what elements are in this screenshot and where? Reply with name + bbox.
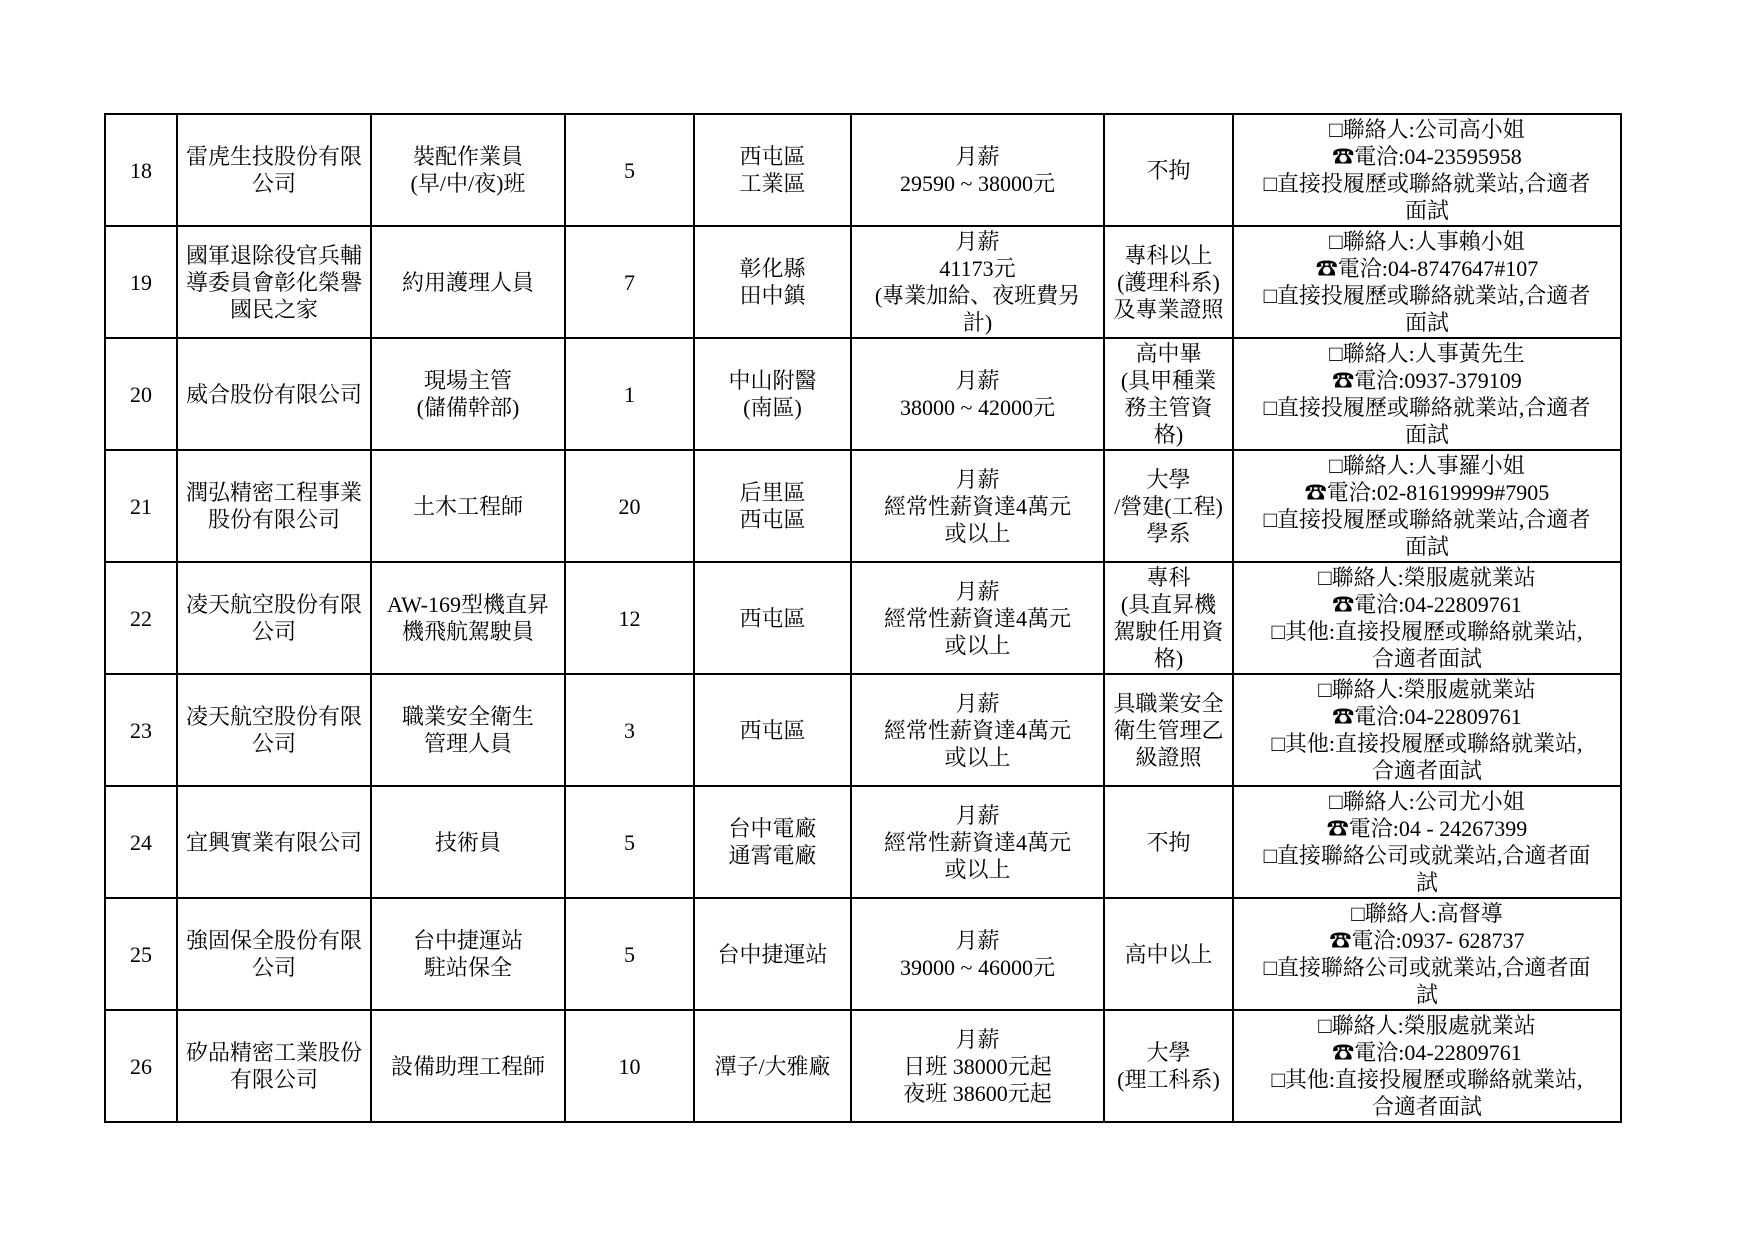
cell-line: 彰化縣 <box>697 255 848 282</box>
cell-line: 29590 ~ 38000元 <box>854 170 1101 197</box>
cell-line: 裝配作業員 <box>374 143 562 170</box>
cell-job: 職業安全衛生管理人員 <box>371 674 565 786</box>
cell-requirement: 專科(具直昇機駕駛任用資格) <box>1104 562 1233 674</box>
cell-line: 務主管資 <box>1107 394 1230 421</box>
cell-no: 26 <box>105 1010 177 1122</box>
cell-line: □聯絡人:榮服處就業站 <box>1236 676 1618 703</box>
cell-line: 38000 ~ 42000元 <box>854 394 1101 421</box>
cell-line: 中山附醫 <box>697 367 848 394</box>
cell-line: (儲備幹部) <box>374 394 562 421</box>
cell-job: 土木工程師 <box>371 450 565 562</box>
cell-line: ☎電洽:04-23595958 <box>1236 143 1618 170</box>
cell-requirement: 不拘 <box>1104 114 1233 226</box>
cell-line: 現場主管 <box>374 367 562 394</box>
cell-line: □聯絡人:公司尤小姐 <box>1236 788 1618 815</box>
cell-line: /營建(工程) <box>1107 493 1230 520</box>
cell-line: 台中電廠 <box>697 815 848 842</box>
cell-salary: 月薪經常性薪資達4萬元或以上 <box>851 450 1104 562</box>
cell-company: 凌天航空股份有限公司 <box>177 674 371 786</box>
cell-requirement: 大學(理工科系) <box>1104 1010 1233 1122</box>
cell-line: 土木工程師 <box>374 493 562 520</box>
cell-no: 23 <box>105 674 177 786</box>
cell-line: 或以上 <box>854 520 1101 547</box>
cell-line: □其他:直接投履歷或聯絡就業站, <box>1236 730 1618 757</box>
cell-line: □聯絡人:人事羅小姐 <box>1236 452 1618 479</box>
cell-line: 強固保全股份有限 <box>180 927 368 954</box>
cell-line: 衛生管理乙 <box>1107 717 1230 744</box>
cell-line: 公司 <box>180 954 368 981</box>
cell-job: 約用護理人員 <box>371 226 565 338</box>
table-row: 22凌天航空股份有限公司AW-169型機直昇機飛航駕駛員12西屯區月薪經常性薪資… <box>105 562 1621 674</box>
cell-line: 月薪 <box>854 143 1101 170</box>
cell-contact: □聯絡人:人事黃先生☎電洽:0937-379109□直接投履歷或聯絡就業站,合適… <box>1233 338 1621 450</box>
table-row: 19國軍退除役官兵輔導委員會彰化榮譽國民之家約用護理人員7彰化縣田中鎮月薪411… <box>105 226 1621 338</box>
cell-line: 試 <box>1236 981 1618 1008</box>
table-row: 24宜興實業有限公司技術員5台中電廠通霄電廠月薪經常性薪資達4萬元或以上不拘□聯… <box>105 786 1621 898</box>
cell-line: ☎電洽:0937-379109 <box>1236 367 1618 394</box>
cell-line: 計) <box>854 309 1101 336</box>
cell-line: □其他:直接投履歷或聯絡就業站, <box>1236 1066 1618 1093</box>
cell-line: 41173元 <box>854 255 1101 282</box>
cell-line: 西屯區 <box>697 143 848 170</box>
cell-contact: □聯絡人:榮服處就業站☎電洽:04-22809761□其他:直接投履歷或聯絡就業… <box>1233 562 1621 674</box>
cell-line: □聯絡人:榮服處就業站 <box>1236 564 1618 591</box>
cell-contact: □聯絡人:榮服處就業站☎電洽:04-22809761□其他:直接投履歷或聯絡就業… <box>1233 1010 1621 1122</box>
cell-salary: 月薪41173元(專業加給、夜班費另計) <box>851 226 1104 338</box>
cell-line: 不拘 <box>1107 829 1230 856</box>
cell-line: 面試 <box>1236 421 1618 448</box>
table-row: 26矽品精密工業股份有限公司設備助理工程師10潭子/大雅廠月薪日班 38000元… <box>105 1010 1621 1122</box>
cell-company: 國軍退除役官兵輔導委員會彰化榮譽國民之家 <box>177 226 371 338</box>
cell-line: 39000 ~ 46000元 <box>854 954 1101 981</box>
cell-line: □聯絡人:人事黃先生 <box>1236 340 1618 367</box>
cell-line: 及專業證照 <box>1107 296 1230 323</box>
cell-salary: 月薪經常性薪資達4萬元或以上 <box>851 786 1104 898</box>
cell-line: 月薪 <box>854 927 1101 954</box>
cell-line: 西屯區 <box>697 605 848 632</box>
cell-line: 威合股份有限公司 <box>180 381 368 408</box>
cell-line: 月薪 <box>854 1026 1101 1053</box>
cell-salary: 月薪經常性薪資達4萬元或以上 <box>851 674 1104 786</box>
cell-line: 台中捷運站 <box>374 927 562 954</box>
cell-no: 20 <box>105 338 177 450</box>
table-row: 20威合股份有限公司現場主管(儲備幹部)1中山附醫(南區)月薪38000 ~ 4… <box>105 338 1621 450</box>
cell-company: 潤弘精密工程事業股份有限公司 <box>177 450 371 562</box>
document-page: 18雷虎生技股份有限公司裝配作業員(早/中/夜)班5西屯區工業區月薪29590 … <box>0 0 1755 1241</box>
cell-count: 7 <box>565 226 694 338</box>
cell-location: 潭子/大雅廠 <box>694 1010 851 1122</box>
cell-company: 強固保全股份有限公司 <box>177 898 371 1010</box>
cell-contact: □聯絡人:榮服處就業站☎電洽:04-22809761□其他:直接投履歷或聯絡就業… <box>1233 674 1621 786</box>
cell-line: 月薪 <box>854 690 1101 717</box>
cell-count: 12 <box>565 562 694 674</box>
cell-location: 台中電廠通霄電廠 <box>694 786 851 898</box>
cell-requirement: 專科以上(護理科系)及專業證照 <box>1104 226 1233 338</box>
cell-no: 25 <box>105 898 177 1010</box>
cell-line: 國軍退除役官兵輔 <box>180 242 368 269</box>
table-row: 18雷虎生技股份有限公司裝配作業員(早/中/夜)班5西屯區工業區月薪29590 … <box>105 114 1621 226</box>
cell-contact: □聯絡人:公司高小姐☎電洽:04-23595958□直接投履歷或聯絡就業站,合適… <box>1233 114 1621 226</box>
cell-job: 台中捷運站駐站保全 <box>371 898 565 1010</box>
cell-line: □直接聯絡公司或就業站,合適者面 <box>1236 842 1618 869</box>
cell-location: 中山附醫(南區) <box>694 338 851 450</box>
cell-line: (南區) <box>697 394 848 421</box>
cell-no: 18 <box>105 114 177 226</box>
cell-line: 技術員 <box>374 829 562 856</box>
cell-line: 合適者面試 <box>1236 1093 1618 1120</box>
cell-line: 大學 <box>1107 466 1230 493</box>
cell-line: 學系 <box>1107 520 1230 547</box>
cell-job: 設備助理工程師 <box>371 1010 565 1122</box>
cell-no: 21 <box>105 450 177 562</box>
cell-line: □直接投履歷或聯絡就業站,合適者 <box>1236 394 1618 421</box>
cell-location: 西屯區 <box>694 562 851 674</box>
table-row: 21潤弘精密工程事業股份有限公司土木工程師20后里區西屯區月薪經常性薪資達4萬元… <box>105 450 1621 562</box>
cell-job: AW-169型機直昇機飛航駕駛員 <box>371 562 565 674</box>
cell-line: 公司 <box>180 618 368 645</box>
cell-line: 經常性薪資達4萬元 <box>854 493 1101 520</box>
cell-line: 導委員會彰化榮譽 <box>180 269 368 296</box>
cell-count: 1 <box>565 338 694 450</box>
cell-count: 5 <box>565 114 694 226</box>
cell-line: □聯絡人:榮服處就業站 <box>1236 1012 1618 1039</box>
cell-line: 級證照 <box>1107 744 1230 771</box>
cell-line: ☎電洽:04-22809761 <box>1236 1039 1618 1066</box>
cell-line: 月薪 <box>854 466 1101 493</box>
cell-count: 10 <box>565 1010 694 1122</box>
cell-location: 西屯區工業區 <box>694 114 851 226</box>
cell-line: 駐站保全 <box>374 954 562 981</box>
cell-line: (具甲種業 <box>1107 367 1230 394</box>
cell-line: (護理科系) <box>1107 269 1230 296</box>
cell-line: □直接投履歷或聯絡就業站,合適者 <box>1236 282 1618 309</box>
cell-line: (早/中/夜)班 <box>374 170 562 197</box>
cell-company: 威合股份有限公司 <box>177 338 371 450</box>
cell-company: 凌天航空股份有限公司 <box>177 562 371 674</box>
cell-line: (專業加給、夜班費另 <box>854 282 1101 309</box>
cell-contact: □聯絡人:人事羅小姐☎電洽:02-81619999#7905□直接投履歷或聯絡就… <box>1233 450 1621 562</box>
cell-location: 后里區西屯區 <box>694 450 851 562</box>
cell-line: 潤弘精密工程事業 <box>180 479 368 506</box>
cell-company: 宜興實業有限公司 <box>177 786 371 898</box>
cell-line: 試 <box>1236 869 1618 896</box>
cell-line: ☎電洽:04-8747647#107 <box>1236 255 1618 282</box>
cell-line: 后里區 <box>697 479 848 506</box>
cell-line: 潭子/大雅廠 <box>697 1053 848 1080</box>
cell-line: 公司 <box>180 170 368 197</box>
cell-line: 經常性薪資達4萬元 <box>854 829 1101 856</box>
cell-requirement: 高中畢(具甲種業務主管資格) <box>1104 338 1233 450</box>
cell-location: 彰化縣田中鎮 <box>694 226 851 338</box>
cell-line: 月薪 <box>854 228 1101 255</box>
cell-line: 駕駛任用資 <box>1107 618 1230 645</box>
cell-line: 設備助理工程師 <box>374 1053 562 1080</box>
cell-count: 3 <box>565 674 694 786</box>
cell-count: 5 <box>565 898 694 1010</box>
cell-line: 工業區 <box>697 170 848 197</box>
cell-line: ☎電洽:04-22809761 <box>1236 703 1618 730</box>
cell-line: 田中鎮 <box>697 282 848 309</box>
cell-line: 日班 38000元起 <box>854 1053 1101 1080</box>
cell-line: ☎電洽:04-22809761 <box>1236 591 1618 618</box>
cell-line: □直接投履歷或聯絡就業站,合適者 <box>1236 170 1618 197</box>
cell-line: 凌天航空股份有限 <box>180 591 368 618</box>
cell-salary: 月薪38000 ~ 42000元 <box>851 338 1104 450</box>
cell-line: 高中以上 <box>1107 941 1230 968</box>
cell-line: 或以上 <box>854 856 1101 883</box>
cell-line: 月薪 <box>854 578 1101 605</box>
cell-company: 矽品精密工業股份有限公司 <box>177 1010 371 1122</box>
cell-contact: □聯絡人:高督導☎電洽:0937- 628737□直接聯絡公司或就業站,合適者面… <box>1233 898 1621 1010</box>
cell-job: 現場主管(儲備幹部) <box>371 338 565 450</box>
job-listing-table: 18雷虎生技股份有限公司裝配作業員(早/中/夜)班5西屯區工業區月薪29590 … <box>104 113 1622 1123</box>
table-body: 18雷虎生技股份有限公司裝配作業員(早/中/夜)班5西屯區工業區月薪29590 … <box>105 114 1621 1122</box>
cell-line: 雷虎生技股份有限 <box>180 143 368 170</box>
cell-salary: 月薪日班 38000元起夜班 38600元起 <box>851 1010 1104 1122</box>
cell-salary: 月薪29590 ~ 38000元 <box>851 114 1104 226</box>
cell-line: 具職業安全 <box>1107 690 1230 717</box>
cell-line: 矽品精密工業股份 <box>180 1039 368 1066</box>
cell-line: □聯絡人:人事賴小姐 <box>1236 228 1618 255</box>
cell-line: 有限公司 <box>180 1066 368 1093</box>
cell-line: □聯絡人:公司高小姐 <box>1236 116 1618 143</box>
cell-no: 24 <box>105 786 177 898</box>
cell-line: 國民之家 <box>180 296 368 323</box>
cell-requirement: 大學/營建(工程)學系 <box>1104 450 1233 562</box>
cell-contact: □聯絡人:人事賴小姐☎電洽:04-8747647#107□直接投履歷或聯絡就業站… <box>1233 226 1621 338</box>
cell-line: 面試 <box>1236 309 1618 336</box>
cell-salary: 月薪39000 ~ 46000元 <box>851 898 1104 1010</box>
cell-line: AW-169型機直昇 <box>374 591 562 618</box>
cell-line: 機飛航駕駛員 <box>374 618 562 645</box>
cell-line: ☎電洽:0937- 628737 <box>1236 927 1618 954</box>
cell-salary: 月薪經常性薪資達4萬元或以上 <box>851 562 1104 674</box>
cell-line: 合適者面試 <box>1236 645 1618 672</box>
cell-company: 雷虎生技股份有限公司 <box>177 114 371 226</box>
cell-count: 20 <box>565 450 694 562</box>
cell-location: 西屯區 <box>694 674 851 786</box>
cell-line: 月薪 <box>854 802 1101 829</box>
cell-line: 大學 <box>1107 1039 1230 1066</box>
cell-line: 宜興實業有限公司 <box>180 829 368 856</box>
cell-count: 5 <box>565 786 694 898</box>
cell-requirement: 不拘 <box>1104 786 1233 898</box>
cell-requirement: 具職業安全衛生管理乙級證照 <box>1104 674 1233 786</box>
table-row: 23凌天航空股份有限公司職業安全衛生管理人員3西屯區月薪經常性薪資達4萬元或以上… <box>105 674 1621 786</box>
cell-job: 裝配作業員(早/中/夜)班 <box>371 114 565 226</box>
cell-line: (具直昇機 <box>1107 591 1230 618</box>
cell-line: 格) <box>1107 645 1230 672</box>
cell-line: 西屯區 <box>697 506 848 533</box>
cell-line: ☎電洽:04 - 24267399 <box>1236 815 1618 842</box>
cell-line: 專科 <box>1107 564 1230 591</box>
cell-line: 月薪 <box>854 367 1101 394</box>
cell-line: □直接投履歷或聯絡就業站,合適者 <box>1236 506 1618 533</box>
cell-no: 22 <box>105 562 177 674</box>
cell-line: □直接聯絡公司或就業站,合適者面 <box>1236 954 1618 981</box>
cell-line: 公司 <box>180 730 368 757</box>
cell-line: 凌天航空股份有限 <box>180 703 368 730</box>
cell-line: 經常性薪資達4萬元 <box>854 717 1101 744</box>
cell-line: 職業安全衛生 <box>374 703 562 730</box>
cell-line: 經常性薪資達4萬元 <box>854 605 1101 632</box>
table-row: 25強固保全股份有限公司台中捷運站駐站保全5台中捷運站月薪39000 ~ 460… <box>105 898 1621 1010</box>
cell-contact: □聯絡人:公司尤小姐☎電洽:04 - 24267399□直接聯絡公司或就業站,合… <box>1233 786 1621 898</box>
cell-line: □聯絡人:高督導 <box>1236 900 1618 927</box>
cell-line: □其他:直接投履歷或聯絡就業站, <box>1236 618 1618 645</box>
cell-line: 不拘 <box>1107 157 1230 184</box>
cell-line: 夜班 38600元起 <box>854 1080 1101 1107</box>
cell-line: 或以上 <box>854 632 1101 659</box>
cell-line: 面試 <box>1236 197 1618 224</box>
cell-line: 格) <box>1107 421 1230 448</box>
cell-line: 或以上 <box>854 744 1101 771</box>
cell-line: 專科以上 <box>1107 242 1230 269</box>
cell-line: 高中畢 <box>1107 340 1230 367</box>
cell-line: 股份有限公司 <box>180 506 368 533</box>
cell-line: (理工科系) <box>1107 1066 1230 1093</box>
cell-line: ☎電洽:02-81619999#7905 <box>1236 479 1618 506</box>
cell-line: 台中捷運站 <box>697 941 848 968</box>
cell-line: 約用護理人員 <box>374 269 562 296</box>
cell-location: 台中捷運站 <box>694 898 851 1010</box>
cell-line: 管理人員 <box>374 730 562 757</box>
cell-line: 通霄電廠 <box>697 842 848 869</box>
cell-line: 西屯區 <box>697 717 848 744</box>
cell-line: 面試 <box>1236 533 1618 560</box>
cell-requirement: 高中以上 <box>1104 898 1233 1010</box>
cell-no: 19 <box>105 226 177 338</box>
cell-line: 合適者面試 <box>1236 757 1618 784</box>
cell-job: 技術員 <box>371 786 565 898</box>
